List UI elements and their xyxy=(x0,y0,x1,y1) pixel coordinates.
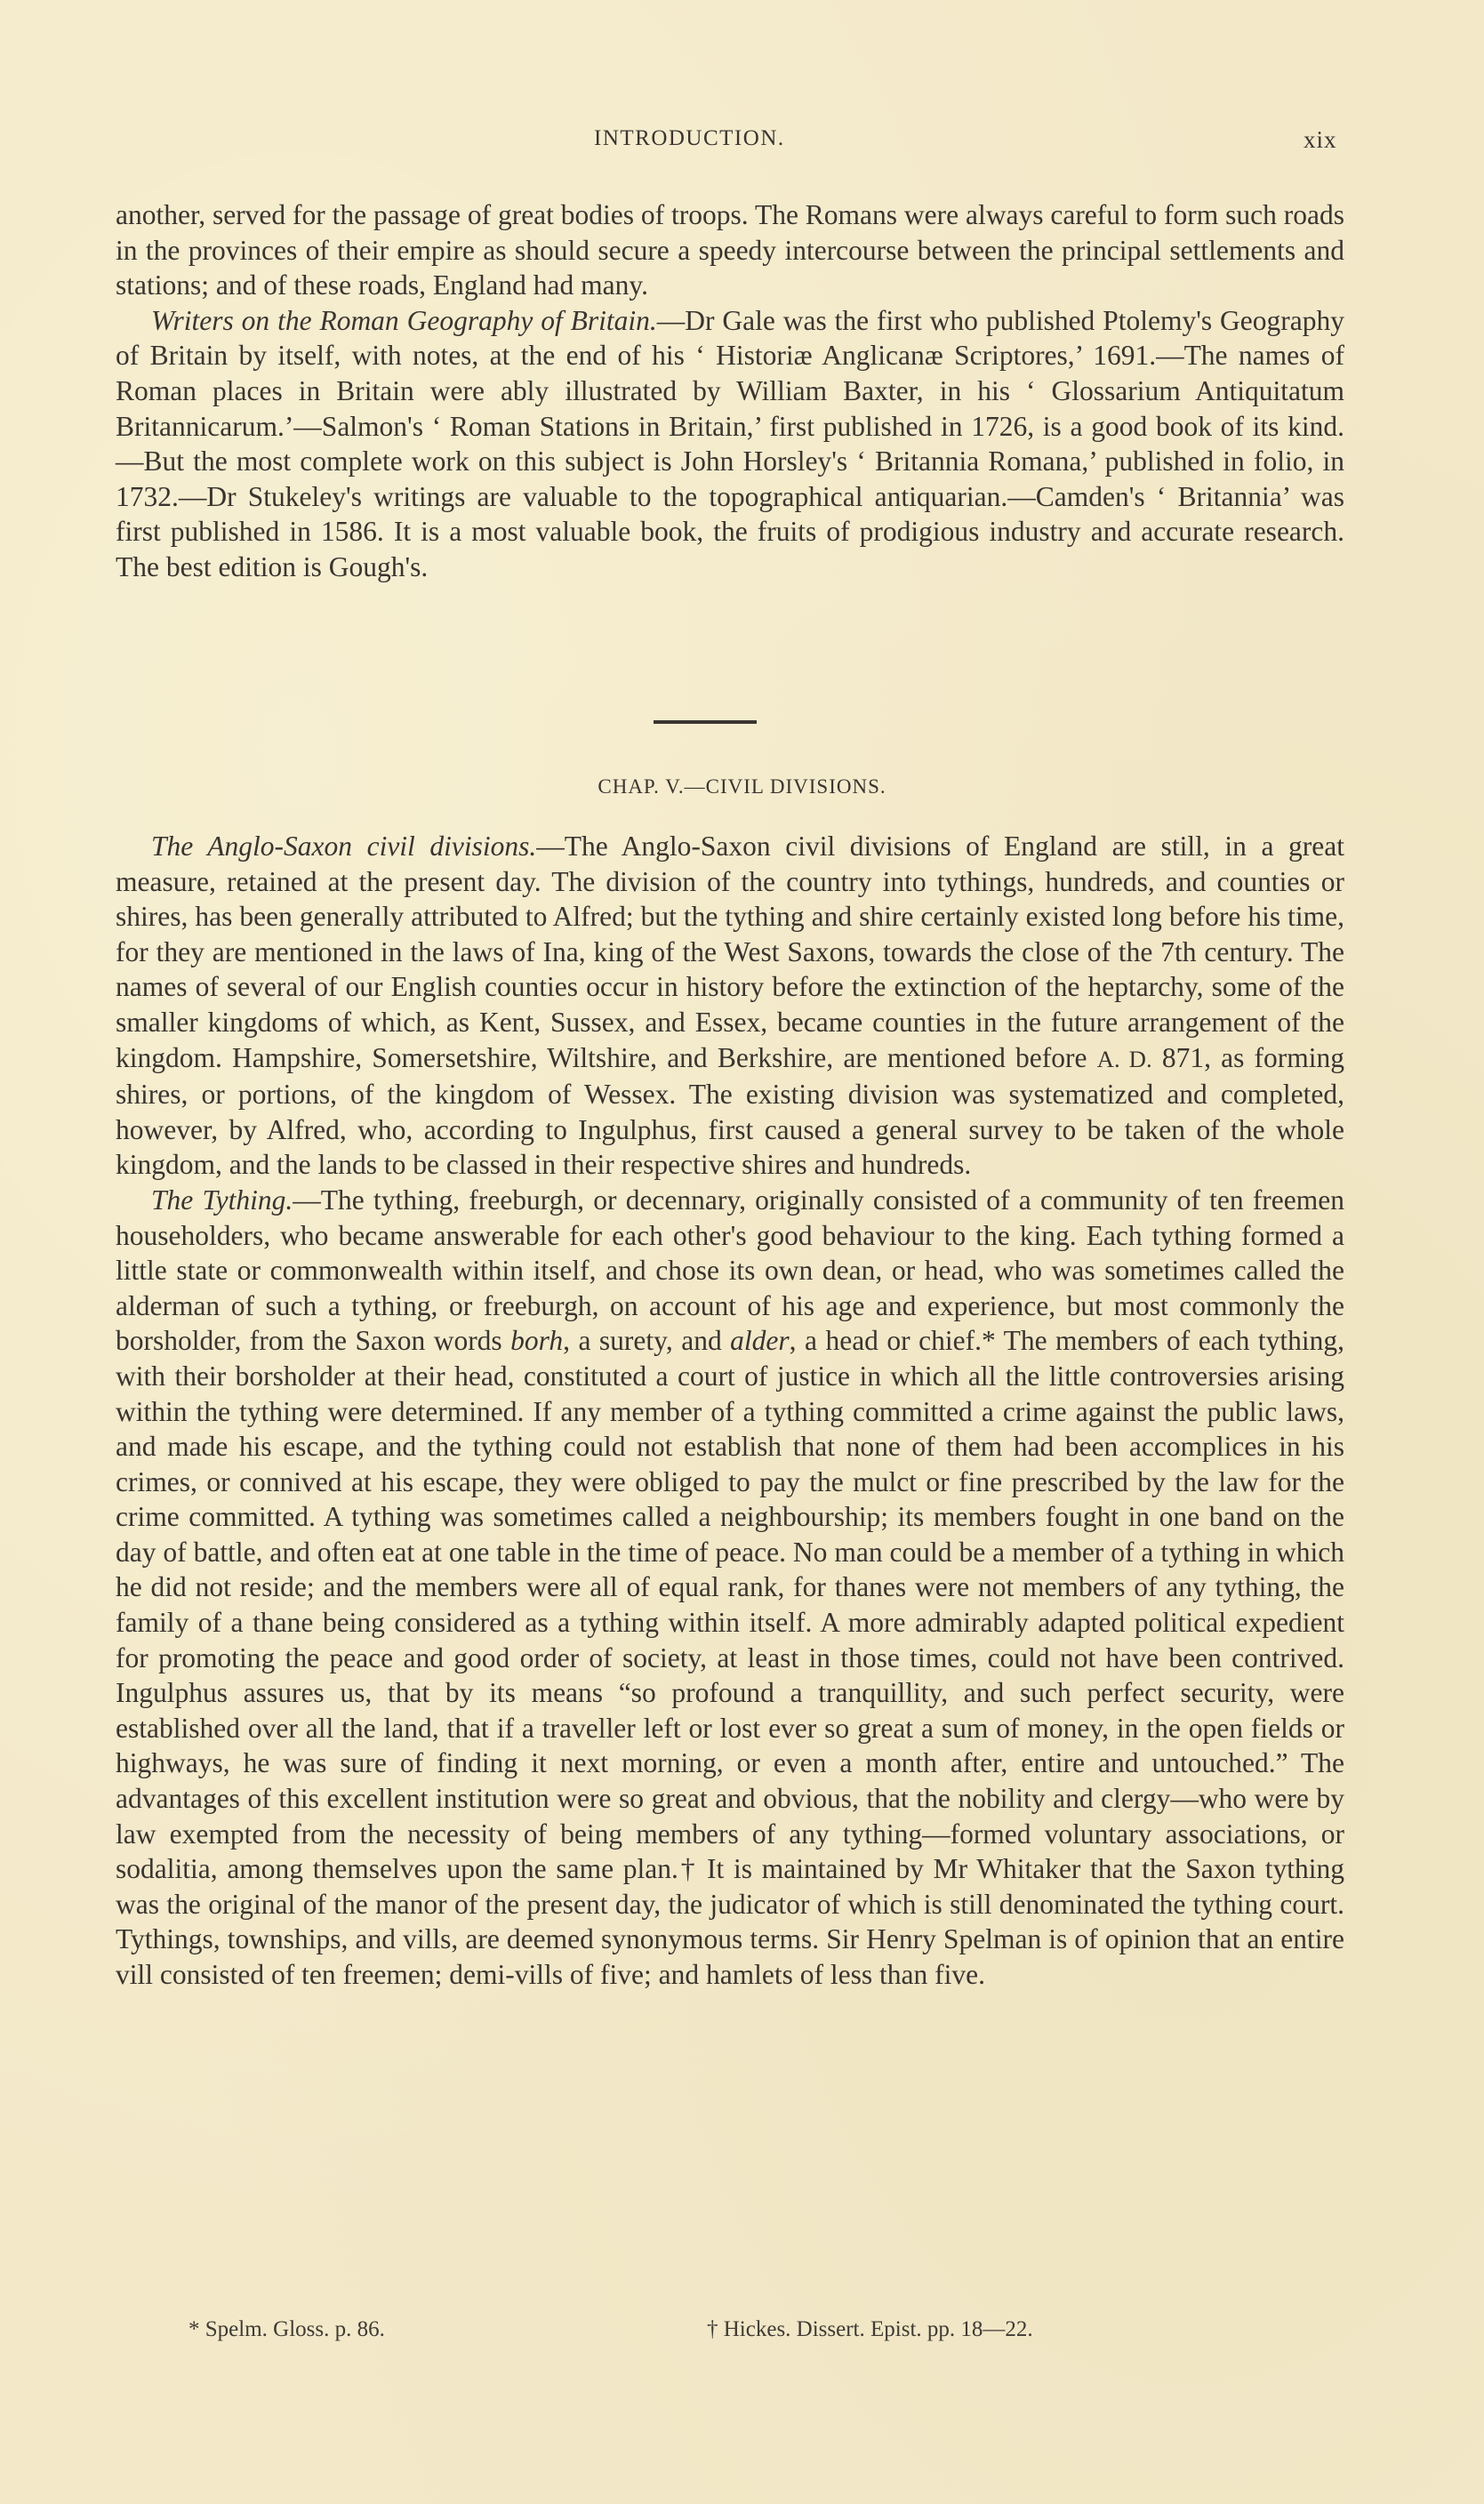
chapter-heading: CHAP. V.—CIVIL DIVISIONS. xyxy=(0,775,1484,799)
section-divider-rule xyxy=(654,720,757,724)
paragraph-text: —The Anglo-Saxon civil divisions of Engl… xyxy=(116,831,1344,1073)
paragraph-anglo-saxon-divisions: The Anglo-Saxon civil divisions.—The Ang… xyxy=(116,829,1344,1183)
running-title: INTRODUCTION. xyxy=(594,126,785,151)
footnotes: * Spelm. Gloss. p. 86. † Hickes. Dissert… xyxy=(0,2317,1484,2353)
section-roman-roads: another, served for the passage of great… xyxy=(116,197,1344,585)
footnote-asterisk: * Spelm. Gloss. p. 86. xyxy=(189,2317,385,2342)
paragraph-text: —Dr Gale was the first who published Pto… xyxy=(116,305,1344,582)
paragraph-text: , a head or chief.* The members of each … xyxy=(116,1325,1344,1990)
paragraph-text: , a surety, and xyxy=(563,1325,730,1356)
running-head: INTRODUCTION. xix xyxy=(0,126,1484,162)
italic-term: alder xyxy=(730,1325,790,1356)
paragraph-heading: Writers on the Roman Geography of Britai… xyxy=(151,305,657,336)
section-civil-divisions: The Anglo-Saxon civil divisions.—The Ang… xyxy=(116,829,1344,1993)
footnote-dagger: † Hickes. Dissert. Epist. pp. 18—22. xyxy=(707,2317,1033,2342)
paragraph-tything: The Tything.—The tything, freeburgh, or … xyxy=(116,1183,1344,1993)
paragraph-roads-continuation: another, served for the passage of great… xyxy=(116,197,1344,303)
book-page: INTRODUCTION. xix another, served for th… xyxy=(0,0,1484,2504)
paragraph-heading: The Anglo-Saxon civil divisions. xyxy=(151,831,536,862)
page-number: xix xyxy=(1304,126,1337,154)
paragraph-heading: The Tything. xyxy=(151,1184,293,1216)
era-abbreviation: A. D. xyxy=(1097,1046,1152,1072)
italic-term: borh xyxy=(510,1325,563,1356)
paragraph-writers-roman-geography: Writers on the Roman Geography of Britai… xyxy=(116,303,1344,585)
